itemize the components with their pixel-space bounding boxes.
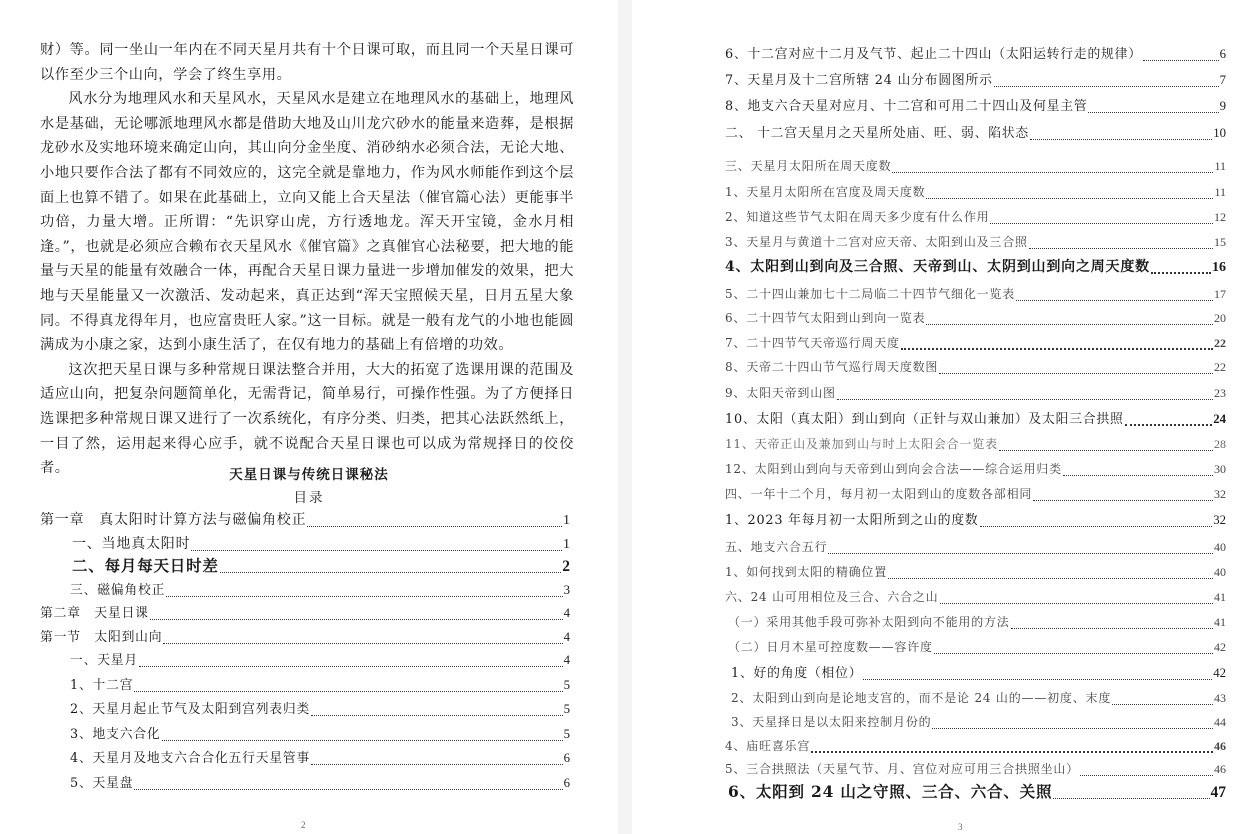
leader-dots: [1151, 272, 1211, 274]
toc-entry-page: 6: [1220, 42, 1226, 66]
toc-entry-label: 7、天星月及十二宫所辖 24 山分布圆图所示: [725, 69, 993, 93]
toc-entry[interactable]: 6、十二宫对应十二月及气节、起止二十四山（太阳运转行走的规律）6: [725, 42, 1226, 66]
leader-dots: [307, 526, 562, 527]
toc-entry[interactable]: 一、当地真太阳时1: [72, 532, 570, 556]
toc-entry-page: 22: [1214, 355, 1226, 379]
toc-entry[interactable]: 5、天星盘6: [70, 771, 570, 795]
toc-entry-page: 4: [564, 648, 570, 672]
toc-entry-label: 7、二十四节气天帝巡行周天度: [725, 331, 900, 355]
toc-entry-label: 2、太阳到山到向是论地支宫的，而不是论 24 山的——初度、末度: [731, 686, 1111, 710]
toc-entry-label: （二）日月木星可控度数——容许度: [728, 635, 933, 659]
toc-entry-label: 5、天星盘: [70, 772, 133, 796]
toc-entry-page: 46: [1214, 734, 1226, 758]
leader-dots: [863, 679, 1212, 680]
leader-dots: [1080, 775, 1213, 776]
toc-entry-label: 1、好的角度（相位）: [731, 662, 862, 686]
toc-entry-page: 4: [564, 625, 570, 649]
toc-entry[interactable]: 1、如何找到太阳的精确位置40: [725, 560, 1226, 584]
toc-book-title: 天星日课与传统日课秘法: [0, 463, 618, 483]
leader-dots: [150, 619, 563, 620]
toc-entry-label: 4、天星月及地支六合合化五行天星管事: [70, 747, 310, 771]
toc-entry-page: 43: [1214, 686, 1226, 710]
toc-entry[interactable]: 三、磁偏角校正3: [70, 578, 570, 602]
toc-entry[interactable]: 8、地支六合天星对应月、十二宫和可用二十四山及何星主管9: [725, 94, 1226, 118]
toc-entry-label: 一、天星月: [70, 649, 138, 673]
leader-dots: [940, 603, 1214, 604]
toc-entry-label: 12、太阳到山到向与天帝到山到向会合法——综合运用归类: [725, 457, 1062, 481]
toc-entry-label: 3、地支六合化: [70, 723, 161, 747]
toc-entry-label: 1、2023 年每月初一太阳所到之山的度数: [725, 509, 979, 533]
leader-dots: [828, 553, 1213, 554]
toc-entry-label: 2、天星月起止节气及太阳到宫列表归类: [70, 698, 310, 722]
page-number: 3: [958, 822, 963, 832]
toc-entry[interactable]: 2、知道这些节气太阳在周天多少度有什么作用12: [725, 205, 1226, 229]
leader-dots: [892, 172, 1213, 173]
toc-entry[interactable]: 8、天帝二十四山节气巡行周天度数图22: [725, 355, 1226, 379]
toc-entry-label: 5、二十四山兼加七十二局临二十四节气细化一览表: [725, 282, 1015, 306]
toc-entry[interactable]: 12、太阳到山到向与天帝到山到向会合法——综合运用归类30: [725, 457, 1226, 481]
toc-entry[interactable]: （二）日月木星可控度数——容许度42: [728, 635, 1226, 659]
toc-entry-label: 第二章 天星日课: [40, 602, 149, 626]
toc-entry-label: 2、知道这些节气太阳在周天多少度有什么作用: [725, 205, 989, 229]
leader-dots: [311, 764, 563, 765]
toc-entry-page: 42: [1214, 635, 1226, 659]
leader-dots: [932, 728, 1213, 729]
toc-entry-page: 6: [564, 746, 570, 770]
document-page-3: 6、十二宫对应十二月及气节、起止二十四山（太阳运转行走的规律）6 7、天星月及十…: [632, 0, 1256, 834]
toc-entry-page: 46: [1214, 757, 1226, 781]
toc-entry-label: 10、太阳（真太阳）到山到向（正针与双山兼加）及太阳三合拱照: [725, 408, 1124, 432]
page-number: 2: [301, 820, 306, 830]
leader-dots: [220, 572, 562, 573]
toc-entry-page: 24: [1213, 407, 1226, 431]
toc-entry-label: 三、磁偏角校正: [70, 579, 165, 603]
toc-heading: 目录: [0, 486, 618, 506]
leader-dots: [1033, 500, 1213, 501]
leader-dots: [934, 653, 1213, 654]
leader-dots: [1029, 248, 1213, 249]
toc-entry-page: 1: [563, 509, 570, 533]
toc-entry-page: 20: [1214, 306, 1226, 330]
toc-entry-label: 第一节 太阳到山向: [40, 626, 162, 650]
leader-dots: [811, 751, 1213, 753]
paragraph: 财）等。同一坐山一年内在不同天星月共有十个日课可取，而且同一个天星日课可以作至少…: [40, 38, 574, 87]
paragraph: 风水分为地理风水和天星风水，天星风水是建立在地理风水的基础上，地理风水是基础，无…: [40, 87, 574, 358]
toc-entry[interactable]: 四、一年十二个月，每月初一太阳到山的度数各部相同32: [725, 482, 1226, 506]
toc-entry[interactable]: 1、十二宫5: [70, 673, 570, 697]
leader-dots: [999, 450, 1213, 451]
toc-entry[interactable]: 1、2023 年每月初一太阳所到之山的度数32: [725, 508, 1226, 532]
toc-entry[interactable]: 5、三合拱照法（天星气节、月、宫位对应可用三合拱照坐山）46: [725, 757, 1226, 781]
toc-entry-label: 6、二十四节气太阳到山到向一览表: [725, 306, 925, 330]
toc-entry[interactable]: 3、天星月与黄道十二宫对应天帝、太阳到山及三合照15: [725, 230, 1226, 254]
toc-entry-label: 1、十二宫: [70, 674, 133, 698]
toc-entry-page: 40: [1214, 560, 1226, 584]
toc-entry-page: 5: [564, 673, 570, 697]
toc-entry-page: 23: [1214, 381, 1226, 405]
leader-dots: [1143, 60, 1219, 61]
toc-entry-page: 32: [1213, 508, 1226, 532]
toc-entry-label: 1、如何找到太阳的精确位置: [725, 560, 887, 584]
toc-entry[interactable]: 3、地支六合化5: [70, 722, 570, 746]
toc-entry[interactable]: 11、天帝正山及兼加到山与时上太阳会合一览表28: [725, 432, 1226, 456]
toc-entry-page: 30: [1214, 457, 1226, 481]
toc-entry-label: 一、当地真太阳时: [72, 532, 190, 556]
toc-entry[interactable]: 二、每月每天日时差2: [72, 554, 570, 578]
toc-entry[interactable]: 1、天星月太阳所在宫度及周天度数11: [725, 180, 1226, 204]
toc-entry-page: 11: [1214, 154, 1226, 178]
leader-dots: [837, 399, 1213, 400]
toc-entry-page: 22: [1214, 331, 1226, 355]
toc-entry-page: 2: [562, 555, 570, 579]
toc-entry[interactable]: 五、地支六合五行40: [725, 535, 1226, 559]
toc-entry[interactable]: 2、天星月起止节气及太阳到宫列表归类5: [70, 697, 570, 721]
toc-entry-page: 12: [1214, 205, 1226, 229]
toc-entry-label: 11、天帝正山及兼加到山与时上太阳会合一览表: [725, 432, 998, 456]
leader-dots: [1112, 704, 1213, 705]
toc-entry-page: 17: [1214, 282, 1226, 306]
body-text: 财）等。同一坐山一年内在不同天星月共有十个日课可取，而且同一个天星日课可以作至少…: [40, 38, 574, 481]
toc-entry-page: 47: [1211, 781, 1227, 805]
toc-entry-label: 8、地支六合天星对应月、十二宫和可用二十四山及何星主管: [725, 95, 1087, 119]
toc-entry-page: 41: [1214, 585, 1226, 609]
leader-dots: [990, 223, 1213, 224]
leader-dots: [980, 526, 1213, 527]
toc-entry[interactable]: 7、天星月及十二宫所辖 24 山分布圆图所示7: [725, 68, 1226, 92]
toc-entry[interactable]: 2、太阳到山到向是论地支宫的，而不是论 24 山的——初度、末度43: [731, 686, 1226, 710]
toc-entry[interactable]: 4、庙旺喜乐宫46: [725, 734, 1226, 758]
leader-dots: [1053, 798, 1209, 799]
toc-entry-label: 第一章 真太阳时计算方法与磁偏角校正: [40, 508, 306, 532]
toc-entry[interactable]: 6、太阳到 24 山之守照、三合、六合、关照47: [728, 780, 1226, 804]
toc-entry[interactable]: 4、太阳到山到向及三合照、天帝到山、太阴到山到向之周天度数16: [725, 255, 1226, 279]
toc-entry-label: 3、天星择日是以太阳来控制月份的: [731, 710, 931, 734]
toc-entry[interactable]: 6、二十四节气太阳到山到向一览表20: [725, 306, 1226, 330]
toc-entry-page: 28: [1214, 432, 1226, 456]
leader-dots: [1088, 112, 1218, 113]
leader-dots: [134, 691, 562, 692]
toc-entry-label: 四、一年十二个月，每月初一太阳到山的度数各部相同: [725, 482, 1032, 506]
leader-dots: [139, 666, 563, 667]
leader-dots: [163, 643, 562, 644]
leader-dots: [166, 596, 562, 597]
toc-entry-page: 11: [1214, 180, 1226, 204]
toc-entry-label: 三、天星月太阳所在周天度数: [725, 154, 891, 178]
toc-entry-page: 15: [1214, 230, 1226, 254]
toc-entry-label: 二、 十二宫天星月之天星所处庙、旺、弱、陷状态: [725, 122, 1029, 146]
toc-entry[interactable]: 第二章 天星日课4: [40, 601, 570, 625]
toc-entry-label: 二、每月每天日时差: [72, 554, 219, 578]
toc-entry[interactable]: 10、太阳（真太阳）到山到向（正针与双山兼加）及太阳三合拱照24: [725, 407, 1226, 431]
toc-entry[interactable]: 三、天星月太阳所在周天度数11: [725, 154, 1226, 178]
toc-entry-page: 10: [1213, 121, 1226, 145]
leader-dots: [134, 789, 562, 790]
toc-entry-label: 9、太阳天帝到山图: [725, 381, 836, 405]
toc-entry-page: 3: [564, 578, 570, 602]
toc-entry-page: 5: [564, 722, 570, 746]
document-page-2: 财）等。同一坐山一年内在不同天星月共有十个日课可取，而且同一个天星日课可以作至少…: [0, 0, 618, 834]
toc-entry-label: 4、太阳到山到向及三合照、天帝到山、太阴到山到向之周天度数: [725, 255, 1150, 279]
toc-entry-label: 1、天星月太阳所在宫度及周天度数: [725, 180, 925, 204]
toc-entry-label: 五、地支六合五行: [725, 535, 827, 559]
toc-entry[interactable]: 3、天星择日是以太阳来控制月份的44: [731, 710, 1226, 734]
toc-entry-page: 42: [1213, 661, 1226, 685]
toc-entry[interactable]: 1、好的角度（相位）42: [731, 661, 1226, 685]
leader-dots: [1016, 300, 1213, 301]
leader-dots: [1030, 139, 1212, 140]
leader-dots: [191, 550, 562, 551]
toc-entry[interactable]: 一、天星月4: [70, 648, 570, 672]
toc-entry-page: 32: [1214, 482, 1226, 506]
toc-entry-label: 六、24 山可用相位及三合、六合之山: [725, 585, 939, 609]
toc-entry-label: （一）采用其他手段可弥补太阳到向不能用的方法: [728, 610, 1010, 634]
toc-entry[interactable]: 7、二十四节气天帝巡行周天度22: [725, 331, 1226, 355]
leader-dots: [311, 715, 563, 716]
leader-dots: [1063, 475, 1213, 476]
toc-entry-page: 40: [1214, 535, 1226, 559]
leader-dots: [1125, 424, 1213, 426]
toc-entry[interactable]: 5、二十四山兼加七十二局临二十四节气细化一览表17: [725, 282, 1226, 306]
toc-entry-label: 6、太阳到 24 山之守照、三合、六合、关照: [728, 780, 1052, 804]
leader-dots: [162, 740, 563, 741]
toc-entry-page: 7: [1220, 68, 1226, 92]
toc-entry[interactable]: 第一节 太阳到山向4: [40, 625, 570, 649]
toc-entry-page: 6: [564, 771, 570, 795]
toc-entry[interactable]: （一）采用其他手段可弥补太阳到向不能用的方法41: [728, 610, 1226, 634]
toc-entry-label: 4、庙旺喜乐宫: [725, 734, 810, 758]
toc-entry-page: 41: [1214, 610, 1226, 634]
leader-dots: [926, 324, 1213, 325]
toc-entry-label: 8、天帝二十四山节气巡行周天度数图: [725, 355, 938, 379]
leader-dots: [888, 578, 1213, 579]
toc-entry[interactable]: 第一章 真太阳时计算方法与磁偏角校正1: [40, 508, 570, 532]
leader-dots: [939, 373, 1213, 374]
toc-entry-label: 5、三合拱照法（天星气节、月、宫位对应可用三合拱照坐山）: [725, 757, 1079, 781]
toc-entry-label: 6、十二宫对应十二月及气节、起止二十四山（太阳运转行走的规律）: [725, 43, 1142, 67]
toc-entry[interactable]: 9、太阳天帝到山图23: [725, 381, 1226, 405]
toc-entry[interactable]: 六、24 山可用相位及三合、六合之山41: [725, 585, 1226, 609]
toc-entry-label: 3、天星月与黄道十二宫对应天帝、太阳到山及三合照: [725, 230, 1028, 254]
toc-entry-page: 44: [1214, 710, 1226, 734]
toc-entry[interactable]: 二、 十二宫天星月之天星所处庙、旺、弱、陷状态10: [725, 121, 1226, 145]
leader-dots: [1011, 628, 1213, 629]
toc-entry-page: 9: [1220, 94, 1226, 118]
toc-entry-page: 5: [564, 697, 570, 721]
leader-dots: [926, 198, 1213, 199]
toc-entry[interactable]: 4、天星月及地支六合合化五行天星管事6: [70, 746, 570, 770]
toc-entry-page: 16: [1212, 256, 1226, 280]
leader-dots: [994, 86, 1219, 87]
leader-dots: [901, 348, 1213, 350]
toc-entry-page: 4: [564, 601, 570, 625]
